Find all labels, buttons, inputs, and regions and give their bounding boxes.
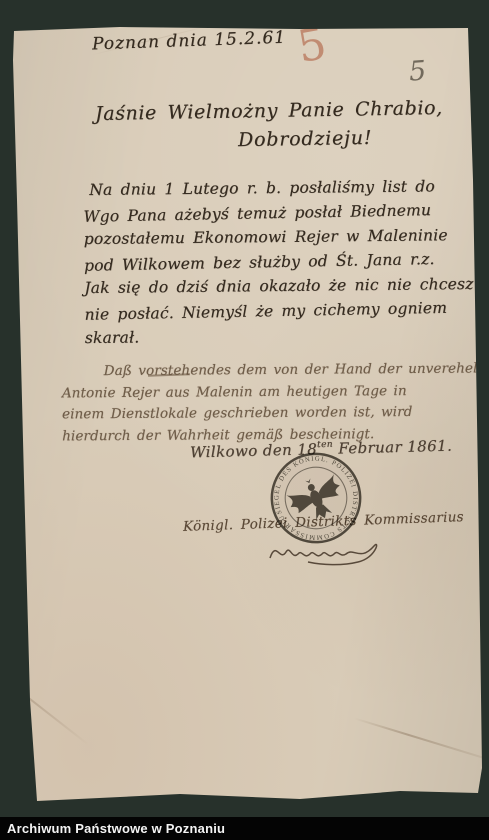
certification-line: einem Dienstlokale geschrieben worden is…	[62, 402, 472, 426]
paper-crease	[17, 689, 89, 746]
dateline: Poznan dnia 15.2.61	[92, 28, 287, 55]
paper-crease	[353, 717, 489, 769]
archive-scan-background: 5 5 Poznan dnia 15.2.61 Jaśnie Wielmożny…	[0, 0, 489, 840]
body-paragraph-polish: Na dniu 1 Lutego r. b. posłaliśmy list d…	[83, 174, 477, 350]
ordinal-superscript: ten	[317, 440, 333, 450]
official-seal-stamp: SIEGEL DES KÖNIGL. POLIZEI DISTRICTS COM…	[268, 450, 364, 546]
red-crayon-page-number: 5	[294, 18, 330, 73]
pencil-page-number: 5	[408, 55, 427, 87]
salutation-line-2: Dobrodzieju!	[238, 127, 373, 151]
archive-watermark-bar: Archiwum Państwowe w Poznaniu	[0, 817, 489, 840]
certification-paragraph-german: Daß vorstehendes dem von der Hand der un…	[62, 359, 473, 448]
certification-line: Antonie Rejer aus Malenin am heutigen Ta…	[62, 380, 472, 404]
salutation-line-1: Jaśnie Wielmożny Panie Chrabio,	[95, 97, 443, 125]
archive-watermark-text: Archiwum Państwowe w Poznaniu	[0, 821, 225, 836]
certification-line: Daß vorstehendes dem von der Hand der un…	[104, 359, 472, 383]
document-page: 5 5 Poznan dnia 15.2.61 Jaśnie Wielmożny…	[0, 0, 489, 812]
